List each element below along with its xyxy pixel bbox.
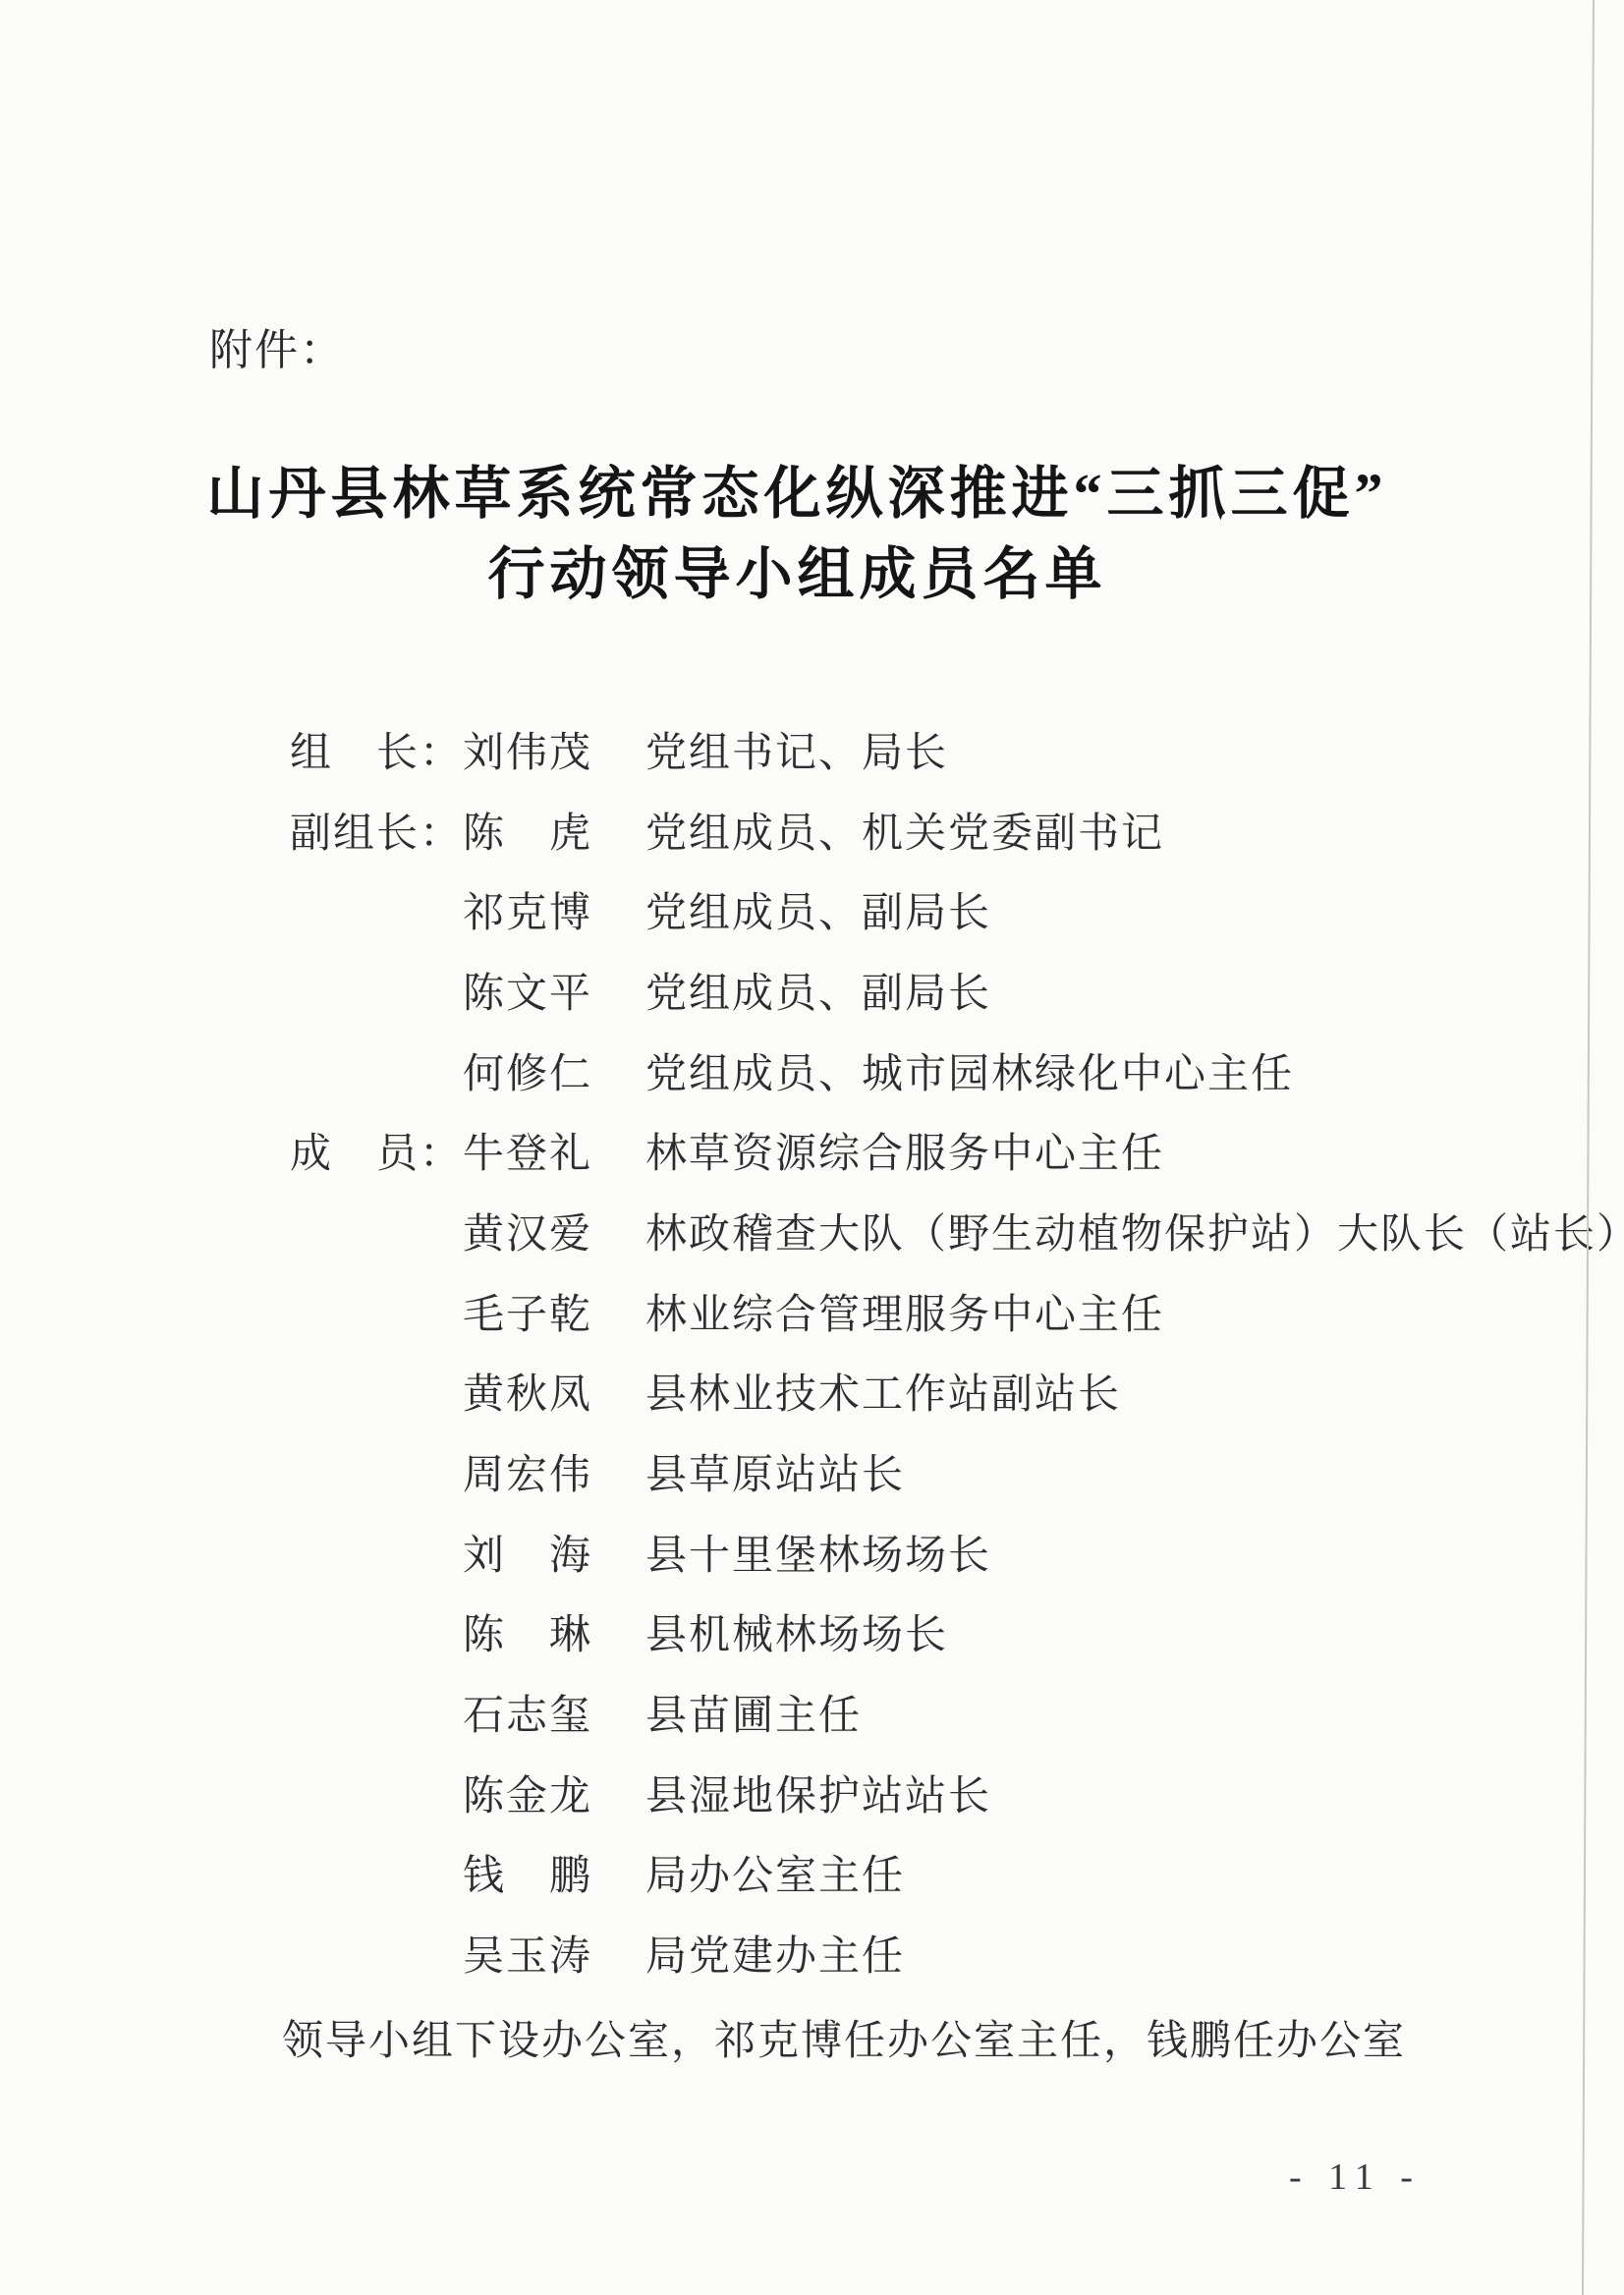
roster-row: 成 员： 牛登礼 林草资源综合服务中心主任 — [290, 1110, 1585, 1191]
roster-row-label: 组 长： — [290, 720, 463, 779]
member-name: 陈 虎 — [463, 801, 645, 860]
roster-row-label: 副组长： — [290, 801, 463, 860]
roster-row: 何修仁 党组成员、城市园林绿化中心主任 — [290, 1031, 1585, 1111]
member-name: 钱 鹏 — [463, 1843, 645, 1902]
roster-row: 陈 琳 县机械林场场长 — [290, 1593, 1585, 1673]
closing-paragraph: 领导小组下设办公室，祁克博任办公室主任，钱鹏任办公室 — [282, 2008, 1406, 2067]
member-role: 县湿地保护站站长 — [645, 1763, 991, 1822]
document-title: 山丹县林草系统常态化纵深推进“三抓三促” 行动领导小组成员名单 — [0, 454, 1595, 615]
roster: 组 长： 刘伟茂 党组书记、局长 副组长： 陈 虎 党组成员、机关党委副书记 祁… — [290, 709, 1585, 1993]
member-name: 石志玺 — [463, 1683, 645, 1742]
member-role: 县草原站站长 — [645, 1442, 905, 1501]
roster-row: 黄秋凤 县林业技术工作站副站长 — [290, 1352, 1585, 1432]
member-role: 林业综合管理服务中心主任 — [645, 1282, 1164, 1341]
member-role: 党组成员、城市园林绿化中心主任 — [645, 1041, 1294, 1100]
member-role: 林草资源综合服务中心主任 — [645, 1121, 1164, 1180]
roster-row: 祁克博 党组成员、副局长 — [290, 869, 1585, 950]
attachment-label: 附件： — [209, 314, 345, 377]
member-role: 党组成员、副局长 — [645, 880, 991, 939]
member-role: 党组成员、机关党委副书记 — [645, 801, 1164, 860]
roster-row: 吴玉涛 局党建办主任 — [290, 1913, 1585, 1993]
member-name: 周宏伟 — [463, 1442, 645, 1501]
member-role: 县十里堡林场场长 — [645, 1523, 991, 1582]
member-name: 黄秋凤 — [463, 1362, 645, 1421]
document-title-line2: 行动领导小组成员名单 — [0, 534, 1595, 615]
member-name: 刘伟茂 — [463, 720, 645, 779]
roster-row: 周宏伟 县草原站站长 — [290, 1431, 1585, 1512]
document-page: 附件： 山丹县林草系统常态化纵深推进“三抓三促” 行动领导小组成员名单 组 长：… — [0, 0, 1624, 2295]
roster-row: 钱 鹏 局办公室主任 — [290, 1833, 1585, 1914]
roster-row: 石志玺 县苗圃主任 — [290, 1672, 1585, 1753]
member-name: 牛登礼 — [463, 1121, 645, 1180]
member-name: 陈金龙 — [463, 1763, 645, 1822]
member-name: 祁克博 — [463, 880, 645, 939]
document-title-line1: 山丹县林草系统常态化纵深推进“三抓三促” — [0, 454, 1595, 534]
member-name: 刘 海 — [463, 1523, 645, 1582]
roster-row: 黄汉爱 林政稽查大队（野生动植物保护站）大队长（站长） — [290, 1191, 1585, 1271]
member-role: 党组书记、局长 — [645, 720, 948, 779]
member-role: 县林业技术工作站副站长 — [645, 1362, 1121, 1421]
member-role: 党组成员、副局长 — [645, 961, 991, 1020]
member-role: 局办公室主任 — [645, 1843, 905, 1902]
roster-row: 副组长： 陈 虎 党组成员、机关党委副书记 — [290, 790, 1585, 870]
roster-row: 陈文平 党组成员、副局长 — [290, 950, 1585, 1031]
page-number: - 11 - — [1289, 2155, 1422, 2199]
member-name: 吴玉涛 — [463, 1924, 645, 1983]
roster-row: 毛子乾 林业综合管理服务中心主任 — [290, 1271, 1585, 1352]
member-role: 局党建办主任 — [645, 1924, 905, 1983]
member-role: 林政稽查大队（野生动植物保护站）大队长（站长） — [645, 1202, 1624, 1260]
member-name: 何修仁 — [463, 1041, 645, 1100]
member-role: 县机械林场场长 — [645, 1602, 948, 1661]
member-name: 黄汉爱 — [463, 1202, 645, 1260]
member-name: 毛子乾 — [463, 1282, 645, 1341]
member-name: 陈文平 — [463, 961, 645, 1020]
roster-row: 组 长： 刘伟茂 党组书记、局长 — [290, 709, 1585, 790]
roster-row: 刘 海 县十里堡林场场长 — [290, 1512, 1585, 1593]
roster-row: 陈金龙 县湿地保护站站长 — [290, 1753, 1585, 1833]
member-role: 县苗圃主任 — [645, 1683, 862, 1742]
member-name: 陈 琳 — [463, 1602, 645, 1661]
roster-row-label: 成 员： — [290, 1121, 463, 1180]
